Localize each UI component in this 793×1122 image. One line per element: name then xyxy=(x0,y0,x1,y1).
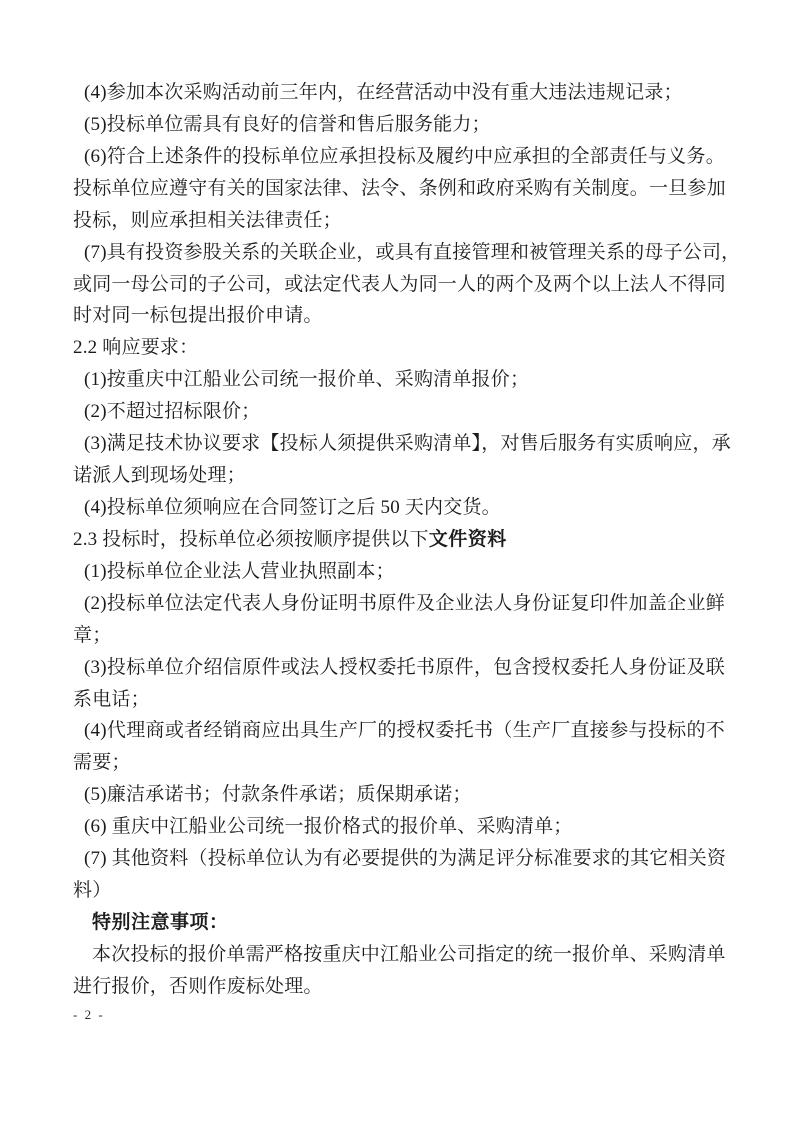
body-text: (5)投标单位需具有良好的信誉和售后服务能力； xyxy=(84,114,491,135)
body-text: 时对同一标包提出报价申请。 xyxy=(73,305,323,326)
body-text: (4)代理商或者经销商应出具生产厂的授权委托书（生产厂直接参与投标的不 xyxy=(84,720,725,741)
text-line: (2)投标单位法定代表人身份证明书原件及企业法人身份证复印件加盖企业鲜 xyxy=(73,588,725,620)
body-text: 系电话； xyxy=(73,689,150,710)
text-line: 2.3 投标时，投标单位必须按顺序提供以下文件资料 xyxy=(73,524,725,556)
body-text: (4)投标单位须响应在合同签订之后 50 天内交货。 xyxy=(84,497,501,518)
body-text: 诺派人到现场处理； xyxy=(73,465,246,486)
text-line: 特别注意事项： xyxy=(73,907,725,939)
text-line: (6) 重庆中江船业公司统一报价格式的报价单、采购清单； xyxy=(73,811,725,843)
text-line: (6)符合上述条件的投标单位应承担投标及履约中应承担的全部责任与义务。 xyxy=(73,141,725,173)
body-text: 本次投标的报价单需严格按重庆中江船业公司指定的统一报价单、采购清单 xyxy=(92,944,726,965)
text-line: 进行报价，否则作废标处理。 xyxy=(73,971,725,1003)
body-text: (6) 重庆中江船业公司统一报价格式的报价单、采购清单； xyxy=(84,816,573,837)
text-line: 或同一母公司的子公司，或法定代表人为同一人的两个及两个以上法人不得同 xyxy=(73,269,725,301)
text-line: 投标单位应遵守有关的国家法律、法令、条例和政府采购有关制度。一旦参加 xyxy=(73,173,725,205)
text-line: 时对同一标包提出报价申请。 xyxy=(73,300,725,332)
text-line: 诺派人到现场处理； xyxy=(73,460,725,492)
body-text: (4)参加本次采购活动前三年内，在经营活动中没有重大违法违规记录； xyxy=(84,82,683,103)
body-text: (2)投标单位法定代表人身份证明书原件及企业法人身份证复印件加盖企业鲜 xyxy=(84,593,725,614)
text-line: (2)不超过招标限价； xyxy=(73,396,725,428)
body-text: 需要； xyxy=(73,752,131,773)
body-text: (3)投标单位介绍信原件或法人授权委托书原件，包含授权委托人身份证及联 xyxy=(84,657,725,678)
page-number: - 2 - xyxy=(73,1004,105,1026)
text-line: (3)满足技术协议要求【投标人须提供采购清单】，对售后服务有实质响应，承 xyxy=(73,428,725,460)
body-text: 进行报价，否则作废标处理。 xyxy=(73,976,323,997)
text-line: (4)投标单位须响应在合同签订之后 50 天内交货。 xyxy=(73,492,725,524)
body-text: (6)符合上述条件的投标单位应承担投标及履约中应承担的全部责任与义务。 xyxy=(84,146,725,167)
text-line: 需要； xyxy=(73,747,725,779)
text-lines: (4)参加本次采购活动前三年内，在经营活动中没有重大违法违规记录；(5)投标单位… xyxy=(73,77,725,1003)
body-text: 或同一母公司的子公司，或法定代表人为同一人的两个及两个以上法人不得同 xyxy=(73,274,726,295)
body-text: (1)投标单位企业法人营业执照副本； xyxy=(84,561,395,582)
text-line: 2.2 响应要求： xyxy=(73,332,725,364)
body-text: (5)廉洁承诺书；付款条件承诺；质保期承诺； xyxy=(84,784,472,805)
text-line: (4)代理商或者经销商应出具生产厂的授权委托书（生产厂直接参与投标的不 xyxy=(73,715,725,747)
document-page: (4)参加本次采购活动前三年内，在经营活动中没有重大违法违规记录；(5)投标单位… xyxy=(0,0,793,1122)
text-line: (1)投标单位企业法人营业执照副本； xyxy=(73,556,725,588)
text-line: (5)投标单位需具有良好的信誉和售后服务能力； xyxy=(73,109,725,141)
body-text: 章； xyxy=(73,625,111,646)
bold-text: 文件资料 xyxy=(429,529,507,550)
body-text: (7) 其他资料（投标单位认为有必要提供的为满足评分标准要求的其它相关资 xyxy=(84,848,726,869)
body-text: 2.2 响应要求： xyxy=(73,337,198,358)
body-text: 投标单位应遵守有关的国家法律、法令、条例和政府采购有关制度。一旦参加 xyxy=(73,178,726,199)
body-text: (7)具有投资参股关系的关联企业，或具有直接管理和被管理关系的母子公司， xyxy=(84,242,740,263)
text-line: 本次投标的报价单需严格按重庆中江船业公司指定的统一报价单、采购清单 xyxy=(73,939,725,971)
text-line: (1)按重庆中江船业公司统一报价单、采购清单报价； xyxy=(73,364,725,396)
text-line: 系电话； xyxy=(73,684,725,716)
text-line: (3)投标单位介绍信原件或法人授权委托书原件，包含授权委托人身份证及联 xyxy=(73,652,725,684)
text-line: (4)参加本次采购活动前三年内，在经营活动中没有重大违法违规记录； xyxy=(73,77,725,109)
body-text: 2.3 投标时，投标单位必须按顺序提供以下 xyxy=(73,529,429,550)
text-line: (7)具有投资参股关系的关联企业，或具有直接管理和被管理关系的母子公司， xyxy=(73,237,725,269)
body-text: (3)满足技术协议要求【投标人须提供采购清单】，对售后服务有实质响应，承 xyxy=(84,433,731,454)
body-text: (2)不超过招标限价； xyxy=(84,401,260,422)
text-line: 章； xyxy=(73,620,725,652)
text-line: (5)廉洁承诺书；付款条件承诺；质保期承诺； xyxy=(73,779,725,811)
bold-text: 特别注意事项： xyxy=(92,912,229,933)
body-text: 投标，则应承担相关法律责任； xyxy=(73,210,342,231)
body-text: 料） xyxy=(73,880,111,901)
body-text: (1)按重庆中江船业公司统一报价单、采购清单报价； xyxy=(84,369,529,390)
text-line: (7) 其他资料（投标单位认为有必要提供的为满足评分标准要求的其它相关资 xyxy=(73,843,725,875)
text-line: 投标，则应承担相关法律责任； xyxy=(73,205,725,237)
text-line: 料） xyxy=(73,875,725,907)
